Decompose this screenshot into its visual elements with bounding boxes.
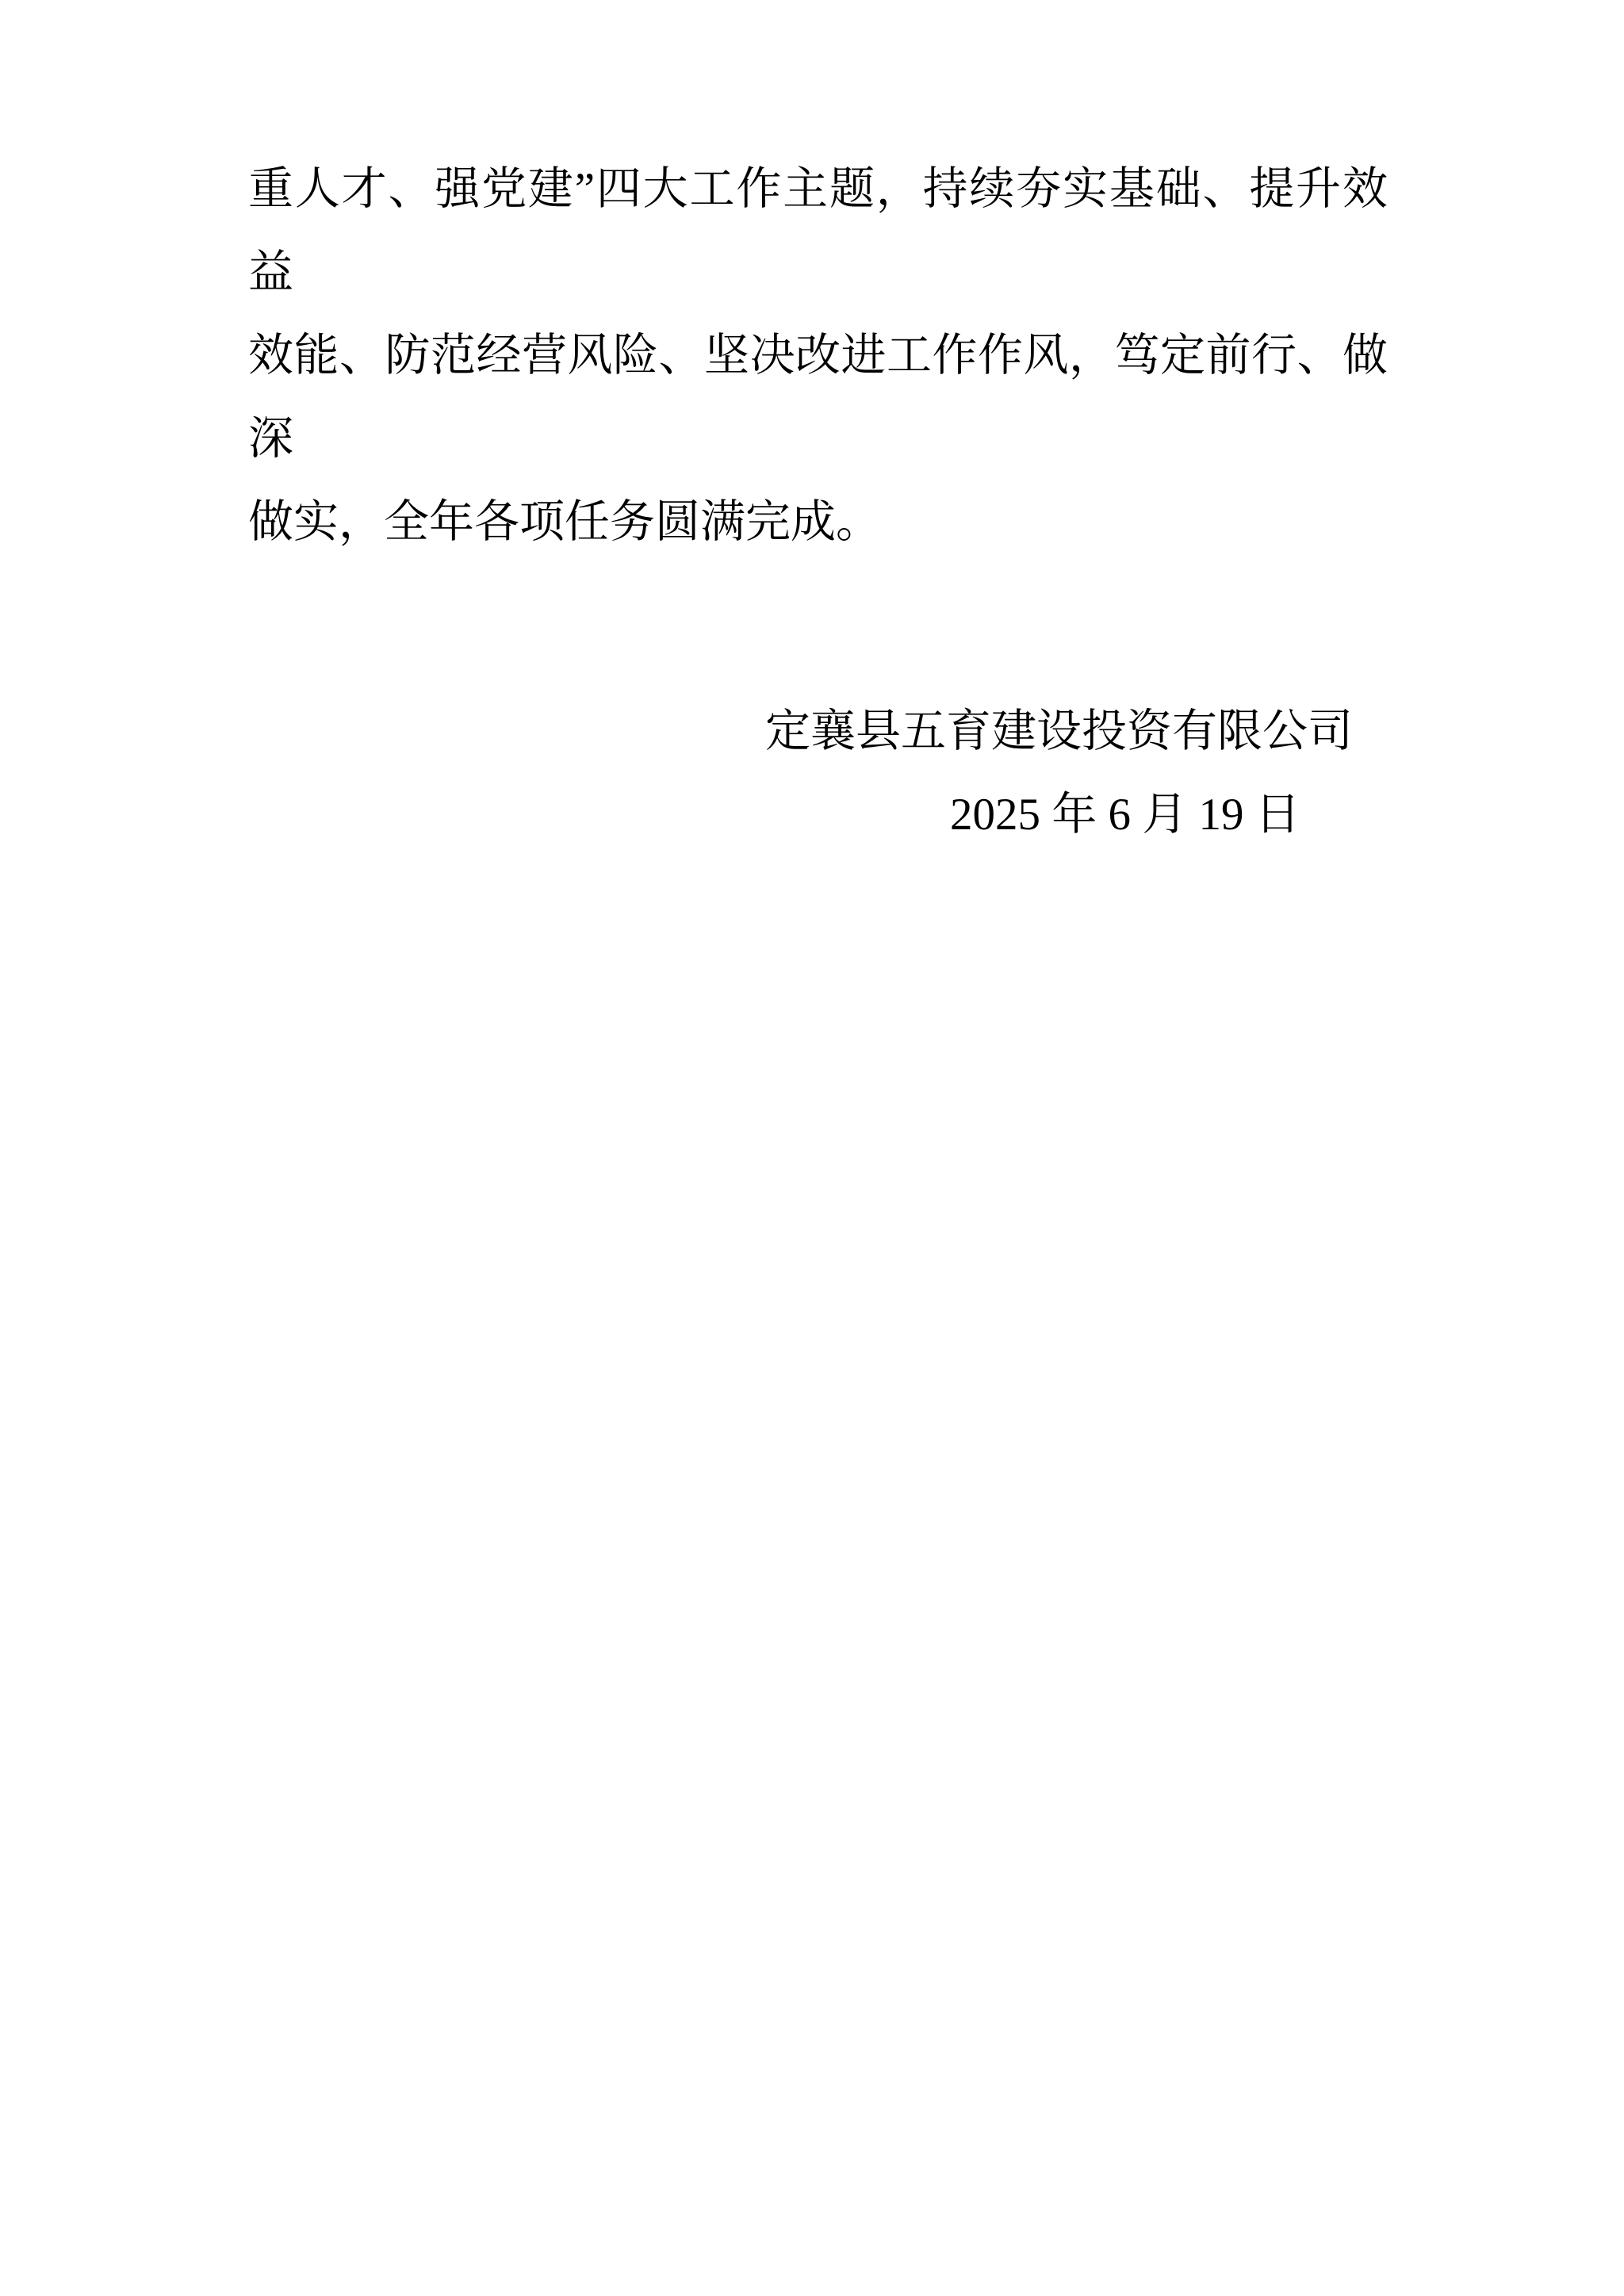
paragraph-line-2: 效能、防范经营风险、坚决改进工作作风，笃定前行、做深 [248, 314, 1388, 480]
signature-company-name: 定襄县五育建设投资有限公司 [765, 690, 1353, 773]
document-page: 重人才、强党建”四大工作主题，持续夯实基础、提升效益 效能、防范经营风险、坚决改… [0, 0, 1624, 2296]
signature-date: 2025 年 6 月 19 日 [950, 773, 1300, 856]
paragraph-line-1: 重人才、强党建”四大工作主题，持续夯实基础、提升效益 [248, 147, 1388, 314]
closing-paragraph: 重人才、强党建”四大工作主题，持续夯实基础、提升效益 效能、防范经营风险、坚决改… [248, 147, 1388, 564]
paragraph-line-3: 做实，全年各项任务圆满完成。 [248, 480, 1388, 564]
